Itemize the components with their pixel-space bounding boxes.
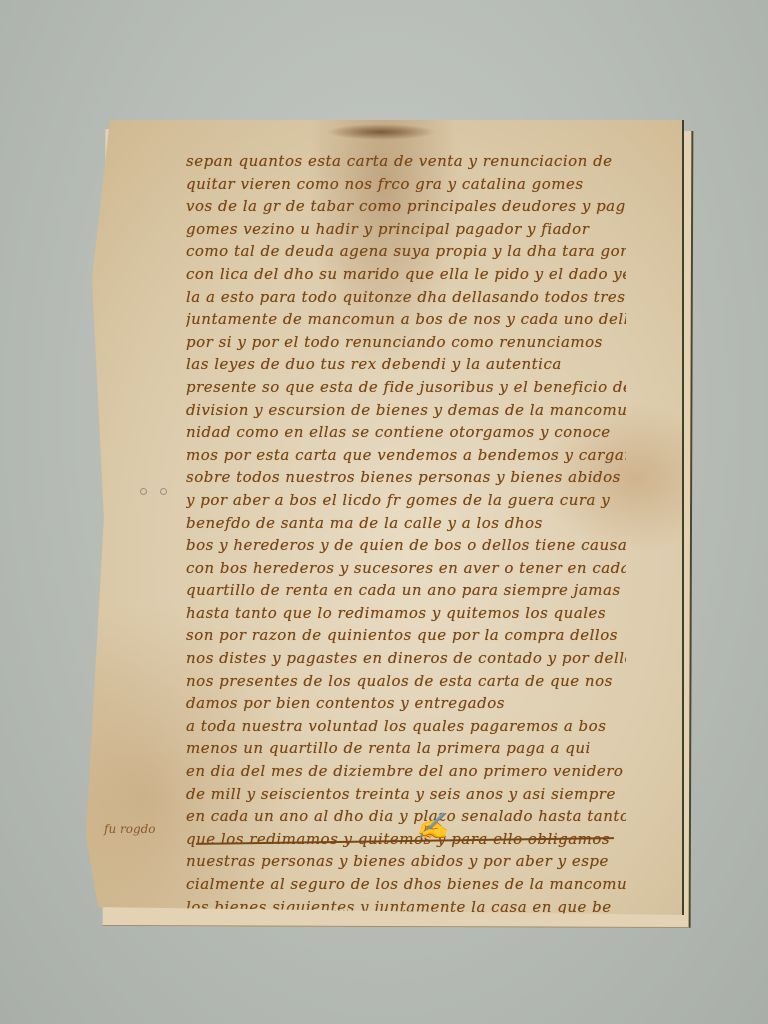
text-line: division y escursion de bienes y demas d…: [186, 399, 626, 422]
top-stain: [326, 124, 436, 140]
text-line: y de la otra parte calle dha sobre la ca…: [186, 941, 626, 964]
text-line: cialmente al seguro de los dhos bienes d…: [186, 873, 626, 896]
text-line: benefdo de santa ma de la calle y a los …: [186, 512, 626, 535]
text-line: nos distes y pagastes en dineros de cont…: [186, 647, 626, 670]
text-line: son por razon de quinientos que por la c…: [186, 624, 626, 647]
binding-hole: [140, 488, 147, 495]
margin-note: fu rogdo: [104, 822, 156, 836]
text-line: quitar vieren como nos frco gra y catali…: [186, 173, 626, 196]
text-line: fasta la ora del licdo de joan mg de la …: [186, 963, 626, 986]
text-line: nuestras personas y bienes abidos y por …: [186, 850, 626, 873]
text-line: gomes vezino u hadir y principal pagador…: [186, 218, 626, 241]
text-line: como tal de deuda agena suya propia y la…: [186, 240, 626, 263]
text-line: a toda nuestra voluntad los quales pagar…: [186, 715, 626, 738]
text-line: nos presentes de los qualos de esta cart…: [186, 670, 626, 693]
text-line: mos por esta carta que vendemos a bendem…: [186, 444, 626, 467]
text-line: sepan quantos esta carta de venta y renu…: [186, 150, 626, 173]
text-line: menos un quartillo de renta la primera p…: [186, 737, 626, 760]
text-line: damos por bien contentos y entregados: [186, 692, 626, 715]
text-line: vos de la gr de tabar como principales d…: [186, 195, 626, 218]
text-line: juntamente de mancomun a bos de nos y ca…: [186, 308, 626, 331]
text-line: en dia del mes de diziembre del ano prim…: [186, 760, 626, 783]
text-line: bos y herederos y de quien de bos o dell…: [186, 534, 626, 557]
text-line: de mill y seiscientos treinta y seis ano…: [186, 783, 626, 806]
text-line: nidad como en ellas se contiene otorgamo…: [186, 421, 626, 444]
text-line: sobre todos nuestros bienes personas y b…: [186, 466, 626, 489]
text-line: presente so que esta de fide jusoribus y…: [186, 376, 626, 399]
text-line: las leyes de duo tus rex debendi y la au…: [186, 353, 626, 376]
text-line: quartillo de renta en cada un ano para s…: [186, 579, 626, 602]
text-line: la a esto para todo quitonze dha dellasa…: [186, 286, 626, 309]
text-line: en cada un ano al dho dia y plazo senala…: [186, 805, 626, 828]
text-line: hasta tanto que lo redimamos y quitemos …: [186, 602, 626, 625]
binding-hole: [160, 488, 167, 495]
manuscript-page: sepan quantos esta carta de venta y renu…: [86, 120, 684, 915]
manuscript-text: sepan quantos esta carta de venta y renu…: [186, 150, 626, 986]
text-line: con bos herederos y sucesores en aver o …: [186, 557, 626, 580]
text-line: y por aber a bos el licdo fr gomes de la…: [186, 489, 626, 512]
signature-flourish-icon: ✍: [416, 812, 448, 842]
text-line: por si y por el todo renunciando como re…: [186, 331, 626, 354]
text-line: con lica del dho su marido que ella le p…: [186, 263, 626, 286]
